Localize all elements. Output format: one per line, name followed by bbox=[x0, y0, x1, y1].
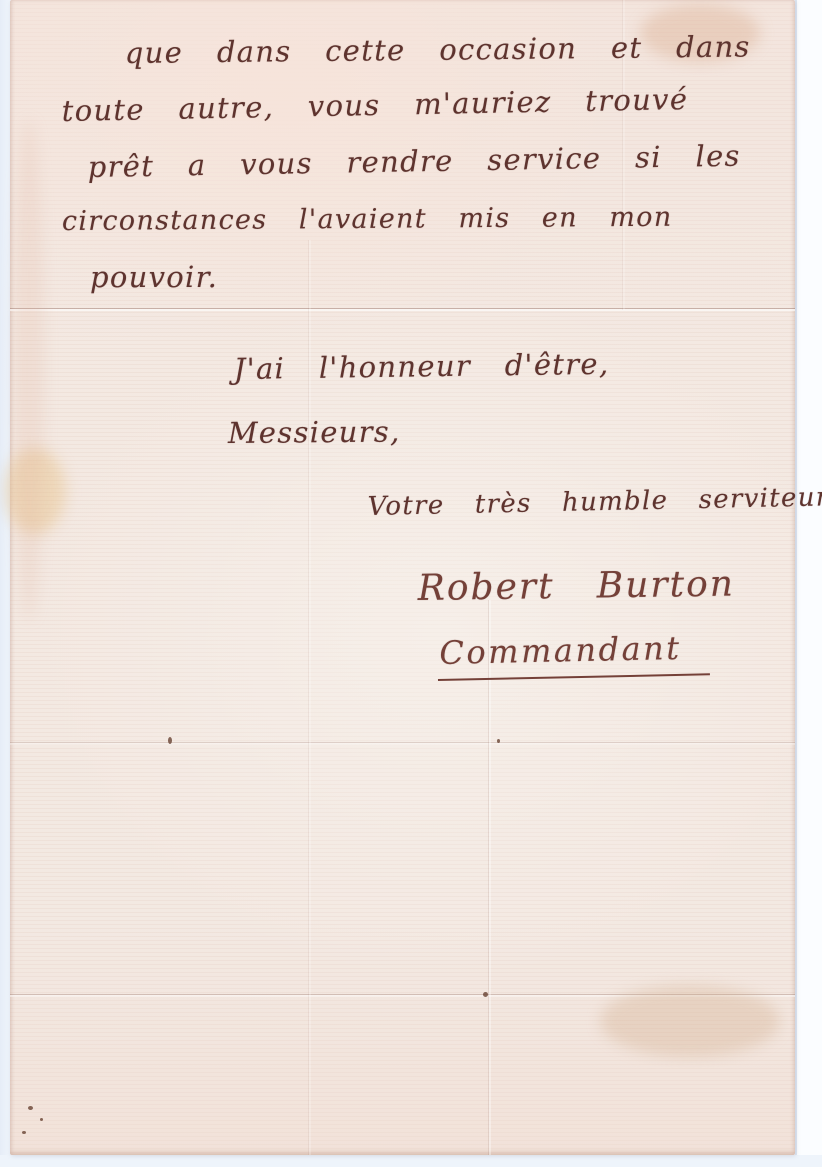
letter-paper: que dans cette occasion et dans toute au… bbox=[10, 0, 795, 1155]
ink-speck bbox=[28, 1106, 33, 1110]
scanner-margin-right bbox=[795, 0, 822, 1167]
handwriting-line: toute autre, vous m'auriez trouvé bbox=[61, 82, 688, 128]
ink-speck bbox=[483, 992, 488, 997]
ink-speck bbox=[40, 1118, 43, 1121]
ink-speck bbox=[22, 1131, 26, 1134]
ink-speck bbox=[497, 739, 500, 743]
handwriting-line: prêt a vous rendre service si les bbox=[87, 139, 741, 184]
handwriting-line: circonstances l'avaient mis en mon bbox=[62, 202, 673, 237]
ink-speck bbox=[168, 737, 172, 744]
fold-crease-horizontal bbox=[10, 308, 795, 311]
paper-stain bbox=[14, 120, 44, 620]
fold-crease-horizontal bbox=[10, 742, 795, 745]
closing-salutation: Messieurs, bbox=[228, 414, 401, 450]
closing-formula-line: Votre très humble serviteur. bbox=[367, 482, 822, 522]
paper-stain bbox=[600, 985, 780, 1057]
handwriting-line: pouvoir. bbox=[90, 260, 218, 294]
fold-crease-vertical bbox=[488, 600, 491, 1155]
handwriting-line: que dans cette occasion et dans bbox=[125, 29, 751, 70]
scanner-background: que dans cette occasion et dans toute au… bbox=[0, 0, 822, 1167]
signature-name: Robert Burton bbox=[417, 564, 735, 609]
signature-title: Commandant bbox=[437, 628, 710, 681]
scanner-margin-bottom bbox=[0, 1155, 822, 1167]
closing-formula-line: J'ai l'honneur d'être, bbox=[234, 347, 610, 386]
